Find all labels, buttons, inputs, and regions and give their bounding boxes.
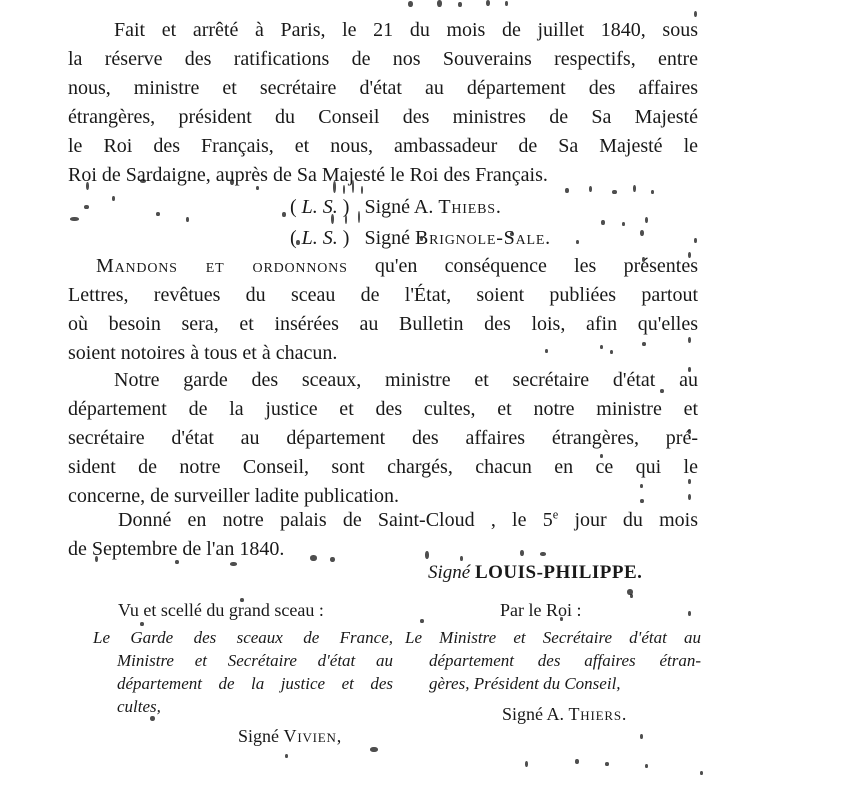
text-line: Signé LOUIS-PHILIPPE. (428, 561, 642, 585)
ink-speck (370, 747, 378, 752)
ink-speck (642, 342, 646, 346)
ink-speck (640, 499, 644, 503)
ink-speck (651, 190, 654, 194)
text-line: Ministre et Secrétaire d'état au (93, 649, 393, 672)
footer-right-heading: Par le Roi : (500, 600, 582, 621)
text-line: Notre garde des sceaux, ministre et secr… (68, 366, 698, 395)
text-line: de Septembre de l'an 1840. (68, 535, 698, 564)
ink-speck (282, 212, 286, 217)
ink-speck (420, 619, 424, 623)
paragraph-garde-des-sceaux: Notre garde des sceaux, ministre et secr… (68, 366, 698, 511)
ink-speck (605, 762, 609, 766)
royal-signature-louis-philippe: Signé LOUIS-PHILIPPE. (428, 561, 642, 585)
ink-speck (460, 556, 463, 561)
ink-speck (230, 562, 237, 566)
ink-speck (630, 594, 633, 598)
ink-speck (640, 484, 643, 488)
ink-speck (140, 622, 144, 626)
ink-speck (505, 1, 508, 6)
ink-speck (575, 759, 579, 764)
ink-speck (688, 494, 691, 500)
text-line: Roi de Sardaigne, auprès de Sa Majesté l… (68, 161, 698, 190)
text-line: ( L. S. ) Signé A. Thiebs. (290, 192, 551, 223)
ink-speck (352, 180, 354, 193)
ink-speck (688, 337, 691, 343)
ink-speck (156, 212, 160, 216)
ink-speck (601, 220, 605, 225)
ink-speck (645, 217, 648, 223)
ink-speck (688, 611, 691, 616)
ink-speck (589, 186, 592, 192)
ink-speck (333, 181, 336, 193)
footer-right-title-block: Le Ministre et Secrétaire d'état audépar… (405, 626, 701, 695)
ink-speck (576, 240, 579, 244)
ink-speck (600, 454, 603, 458)
ink-speck (437, 0, 442, 7)
footer-left-title-block: Le Garde des sceaux de France,Ministre e… (93, 626, 393, 718)
text-line: gères, Président du Conseil, (405, 672, 701, 695)
ink-speck (310, 555, 317, 561)
ink-speck (345, 215, 347, 224)
ink-speck (140, 179, 146, 183)
text-line: étrangères, président du Conseil des min… (68, 103, 698, 132)
ink-speck (70, 217, 79, 221)
ink-speck (694, 238, 697, 243)
ink-speck (150, 716, 155, 721)
text-line: cultes, (93, 695, 393, 718)
ink-speck (640, 734, 643, 739)
ink-speck (296, 240, 300, 245)
text-line: secrétaire d'état au département des aff… (68, 424, 698, 453)
ink-speck (520, 550, 524, 556)
text-line: sident de notre Conseil, sont chargés, c… (68, 453, 698, 482)
ink-speck (660, 389, 664, 393)
ink-speck (545, 349, 548, 353)
text-line: département de la justice et des cultes,… (68, 395, 698, 424)
text-line: département de la justice et des (93, 672, 393, 695)
ink-speck (688, 479, 691, 484)
text-line: Le Garde des sceaux de France, (93, 626, 393, 649)
ink-speck (95, 556, 98, 562)
ink-speck (361, 186, 363, 194)
ink-speck (84, 205, 89, 209)
ink-speck (688, 367, 691, 372)
ink-speck (186, 217, 189, 222)
ink-speck (420, 236, 423, 241)
text-line: Lettres, revêtues du sceau de l'État, so… (68, 281, 698, 310)
ink-speck (230, 179, 234, 185)
ink-speck (330, 557, 335, 562)
ink-speck (560, 617, 563, 621)
ink-speck (622, 222, 625, 226)
ink-speck (331, 214, 334, 224)
ink-speck (358, 211, 360, 223)
ink-speck (175, 560, 179, 564)
seal-signatures: ( L. S. ) Signé A. Thiebs.( L. S. ) Sign… (290, 192, 551, 254)
signature-vivien: Signé Vivien, (238, 726, 342, 747)
paragraph-donne-saint-cloud: Donné en notre palais de Saint-Cloud , l… (68, 506, 698, 564)
ink-speck (425, 551, 429, 559)
ink-speck (700, 771, 703, 775)
text-line: Signé Vivien, (238, 726, 342, 747)
text-line: Le Ministre et Secrétaire d'état au (405, 626, 701, 649)
ink-speck (285, 754, 288, 758)
scan-page: Fait et arrêté à Paris, le 21 du mois de… (0, 0, 846, 805)
paragraph-fait-et-arrete: Fait et arrêté à Paris, le 21 du mois de… (68, 16, 698, 190)
text-line: Mandons et ordonnons qu'en conséquence l… (68, 252, 698, 281)
ink-speck (343, 185, 345, 194)
ink-speck (688, 429, 691, 434)
text-line: Signé A. Thiers. (502, 704, 627, 725)
text-line: nous, ministre et secrétaire d'état au d… (68, 74, 698, 103)
text-line: département des affaires étran- (405, 649, 701, 672)
signature-thiers: Signé A. Thiers. (502, 704, 627, 725)
ink-speck (688, 252, 691, 258)
ink-speck (540, 552, 546, 556)
ink-speck (640, 230, 644, 236)
ink-speck (256, 186, 259, 190)
ink-speck (600, 345, 603, 349)
ink-speck (633, 185, 636, 192)
ink-speck (510, 232, 514, 236)
ink-speck (240, 598, 244, 602)
ink-speck (525, 761, 528, 767)
text-line: où besoin sera, et insérées au Bulletin … (68, 310, 698, 339)
ink-speck (612, 190, 617, 194)
text-line: le Roi des Français, et nous, ambassadeu… (68, 132, 698, 161)
text-line: la réserve des ratifications de nos Souv… (68, 45, 698, 74)
text-line: Donné en notre palais de Saint-Cloud , l… (68, 506, 698, 535)
footer-left-heading: Vu et scellé du grand sceau : (118, 600, 324, 621)
ink-speck (642, 257, 645, 262)
ink-speck (610, 350, 613, 354)
ink-speck (645, 764, 648, 768)
ink-speck (565, 188, 569, 193)
ink-speck (694, 11, 697, 17)
ink-speck (112, 196, 115, 201)
text-line: Fait et arrêté à Paris, le 21 du mois de… (68, 16, 698, 45)
ink-speck (408, 1, 413, 7)
ink-speck (486, 0, 490, 6)
paragraph-mandons-et-ordonnons: Mandons et ordonnons qu'en conséquence l… (68, 252, 698, 368)
ink-speck (86, 182, 89, 190)
text-line: soient notoires à tous et à chacun. (68, 339, 698, 368)
ink-speck (458, 2, 462, 7)
